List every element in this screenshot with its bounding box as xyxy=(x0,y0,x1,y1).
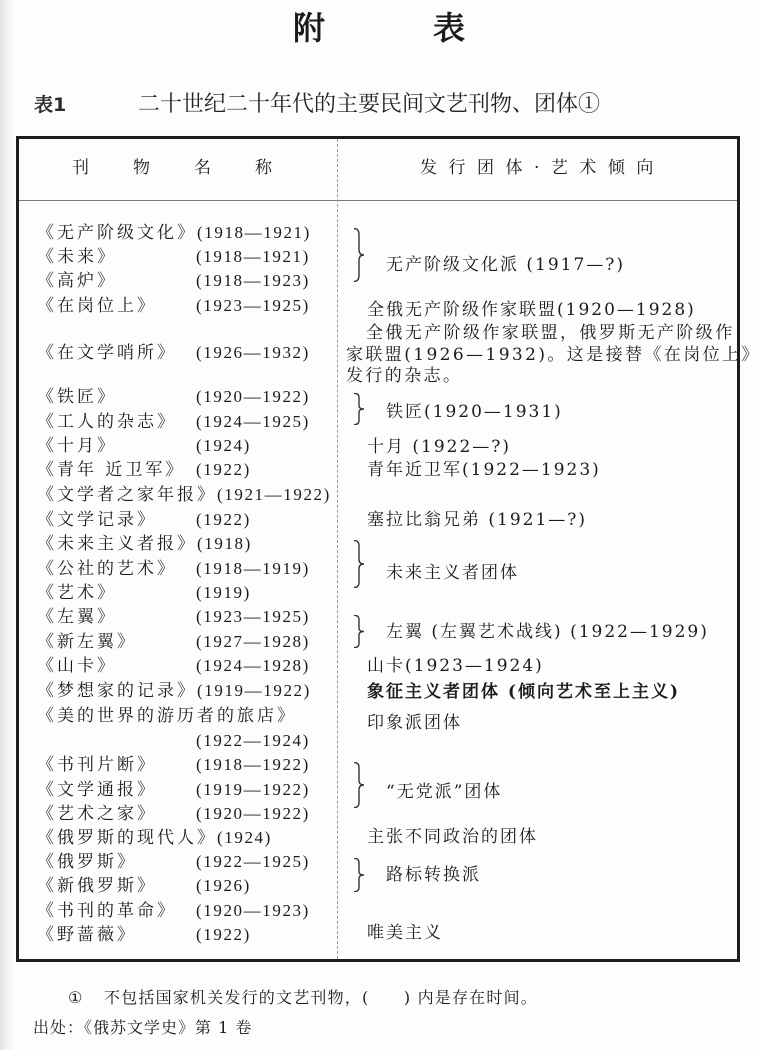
publication-title: 《文学通报》 xyxy=(37,778,196,802)
table-row: 《公社的艺术》(1918—1919) xyxy=(37,557,310,581)
publication-years: (1923—1925) xyxy=(196,605,310,629)
group-label: 印象派团体 xyxy=(367,711,462,735)
table-row: 《无产阶级文化》(1918—1921) xyxy=(37,221,311,245)
publication-years: (1922) xyxy=(196,508,251,532)
publication-years: (1922—1924) xyxy=(196,729,310,753)
publication-title: 《未来主义者报》 xyxy=(37,532,197,556)
table-row: 《十月》(1924) xyxy=(37,434,251,458)
publication-title: 《梦想家的记录》 xyxy=(37,679,197,703)
publication-title: 《山卡》 xyxy=(37,654,196,678)
publication-years: (1918—1921) xyxy=(197,221,311,245)
table-row: 《新俄罗斯》(1926) xyxy=(37,874,251,898)
publication-years: (1920—1922) xyxy=(196,802,310,826)
publication-years: (1924—1925) xyxy=(196,410,310,434)
publication-years: (1921—1922) xyxy=(217,483,331,507)
publication-title: 《高炉》 xyxy=(37,269,196,293)
curly-brace-icon xyxy=(353,228,365,282)
group-description-line: 家联盟(1926—1932)。这是接替《在岗位上》而 xyxy=(346,344,760,366)
publication-title: 《俄罗斯》 xyxy=(37,850,196,874)
publication-years: (1923—1925) xyxy=(196,294,310,318)
group-label: 左翼 (左翼艺术战线) (1922—1929) xyxy=(386,620,709,644)
publication-title: 《在文学哨所》 xyxy=(37,341,196,365)
table-row: 《梦想家的记录》(1919—1922) xyxy=(37,679,311,703)
publication-years: (1924) xyxy=(217,826,272,850)
publication-title: 《铁匠》 xyxy=(37,385,196,409)
group-label: 青年近卫军(1922—1923) xyxy=(367,458,601,482)
publication-years: (1924) xyxy=(196,434,251,458)
publication-title: 《文学记录》 xyxy=(37,508,196,532)
table-row: 《左翼》(1923—1925) xyxy=(37,605,310,629)
page-heading: 附表 xyxy=(293,8,573,48)
header-rule xyxy=(19,200,737,201)
publication-years: (1918—1922) xyxy=(196,753,310,777)
publication-title: 《俄罗斯的现代人》 xyxy=(37,826,217,850)
publication-years: (1920—1922) xyxy=(196,385,310,409)
publication-title: 《工人的杂志》 xyxy=(37,410,196,434)
group-label: 无产阶级文化派 (1917—?) xyxy=(386,253,625,277)
group-label: 唯美主义 xyxy=(367,921,443,945)
group-label: 山卡(1923—1924) xyxy=(367,654,544,678)
table-row: 《俄罗斯》(1922—1925) xyxy=(37,850,310,874)
table-row: 《文学记录》(1922) xyxy=(37,508,251,532)
table-row: 《书刊的革命》(1920—1923) xyxy=(37,899,310,923)
table-row: 《高炉》(1918—1923) xyxy=(37,269,310,293)
publication-title: 《文学者之家年报》 xyxy=(37,483,217,507)
table-row: 《文学通报》(1919—1922) xyxy=(37,778,310,802)
publication-title: 《未来》 xyxy=(37,245,196,269)
scan-edge-shadow xyxy=(0,0,14,1050)
curly-brace-icon xyxy=(353,393,365,425)
table-row: 《未来主义者报》(1918) xyxy=(37,532,252,556)
publication-title: 《美的世界的游历者的旅店》 xyxy=(37,704,297,728)
publication-years: (1927—1928) xyxy=(196,630,310,654)
group-label: 铁匠(1920—1931) xyxy=(386,400,563,424)
publication-title: 《公社的艺术》 xyxy=(37,557,196,581)
curly-brace-icon xyxy=(353,858,365,892)
table-caption: 二十世纪二十年代的主要民间文艺刊物、团体① xyxy=(138,92,600,118)
group-label: 未来主义者团体 xyxy=(386,561,519,585)
table-row: 《青年 近卫军》(1922) xyxy=(37,458,251,482)
publication-years: (1918—1919) xyxy=(196,557,310,581)
table-row: 《新左翼》(1927—1928) xyxy=(37,630,310,654)
publication-title: 《艺术》 xyxy=(37,581,196,605)
footnote-marker: ① xyxy=(68,986,104,1010)
table-label: 表1 xyxy=(34,93,66,117)
group-label: 主张不同政治的团体 xyxy=(367,825,538,849)
publication-title: 《十月》 xyxy=(37,434,196,458)
table-row: 《在文学哨所》(1926—1932) xyxy=(37,341,310,365)
table-row: 《艺术》(1919) xyxy=(37,581,251,605)
column-header-publication-name: 刊物名称 xyxy=(72,156,316,180)
publication-years: (1918—1921) xyxy=(196,245,310,269)
table-row: 《山卡》(1924—1928) xyxy=(37,654,310,678)
column-divider xyxy=(337,139,338,959)
table-row: 《野蔷薇》(1922) xyxy=(37,923,251,947)
curly-brace-icon xyxy=(353,762,365,808)
table-row: 《书刊片断》(1918—1922) xyxy=(37,753,310,777)
source-citation: 出处：《俄苏文学史》第 1 卷 xyxy=(33,1016,252,1040)
curly-brace-icon xyxy=(353,615,365,648)
publication-years: (1922—1925) xyxy=(196,850,310,874)
footnote: ①不包括国家机关发行的文艺刊物，( ) 内是存在时间。 xyxy=(68,986,538,1010)
publication-years: (1919—1922) xyxy=(197,679,311,703)
publication-title: 《在岗位上》 xyxy=(37,294,196,318)
footnote-text: 不包括国家机关发行的文艺刊物，( ) 内是存在时间。 xyxy=(104,988,538,1007)
publication-years: (1924—1928) xyxy=(196,654,310,678)
publication-title: 《无产阶级文化》 xyxy=(37,221,197,245)
publication-title: 《新左翼》 xyxy=(37,630,196,654)
group-description-line: 全俄无产阶级作家联盟，俄罗斯无产阶级作 xyxy=(366,322,735,344)
publication-title: 《艺术之家》 xyxy=(37,802,196,826)
table-row: 《俄罗斯的现代人》(1924) xyxy=(37,826,272,850)
publication-years: (1922) xyxy=(196,923,251,947)
table-row: 《工人的杂志》(1924—1925) xyxy=(37,410,310,434)
table-row: 《铁匠》(1920—1922) xyxy=(37,385,310,409)
group-description-line: 发行的杂志。 xyxy=(346,365,462,387)
publication-years: (1918) xyxy=(197,532,252,556)
group-label: 全俄无产阶级作家联盟(1920—1928) xyxy=(367,298,696,322)
table-row: 《在岗位上》(1923—1925) xyxy=(37,294,310,318)
publication-years: (1919—1922) xyxy=(196,778,310,802)
publication-title: 《野蔷薇》 xyxy=(37,923,196,947)
table-row: 《未来》(1918—1921) xyxy=(37,245,310,269)
table-row: 《文学者之家年报》(1921—1922) xyxy=(37,483,331,507)
group-label: 路标转换派 xyxy=(386,863,481,887)
publication-years: (1926) xyxy=(196,874,251,898)
table-row: 《美的世界的游历者的旅店》 xyxy=(37,704,297,728)
publication-title: 《左翼》 xyxy=(37,605,196,629)
publication-years: (1918—1923) xyxy=(196,269,310,293)
group-label: 塞拉比翁兄弟 (1921—?) xyxy=(367,508,587,532)
group-label: 十月 (1922—?) xyxy=(367,435,511,459)
group-label: “无党派”团体 xyxy=(386,780,502,804)
column-header-group-tendency: 发行团体·艺术倾向 xyxy=(420,156,665,180)
group-label: 象征主义者团体 (倾向艺术至上主义) xyxy=(367,680,680,704)
table-row: 《艺术之家》(1920—1922) xyxy=(37,802,310,826)
publication-title: 《书刊的革命》 xyxy=(37,899,196,923)
publication-title: 《青年 近卫军》 xyxy=(37,458,196,482)
publication-years: (1922) xyxy=(196,458,251,482)
publication-years: (1919) xyxy=(196,581,251,605)
publication-years: (1926—1932) xyxy=(196,341,310,365)
publication-title: 《新俄罗斯》 xyxy=(37,874,196,898)
publication-title: 《书刊片断》 xyxy=(37,753,196,777)
publication-years: (1920—1923) xyxy=(196,899,310,923)
curly-brace-icon xyxy=(353,540,365,588)
